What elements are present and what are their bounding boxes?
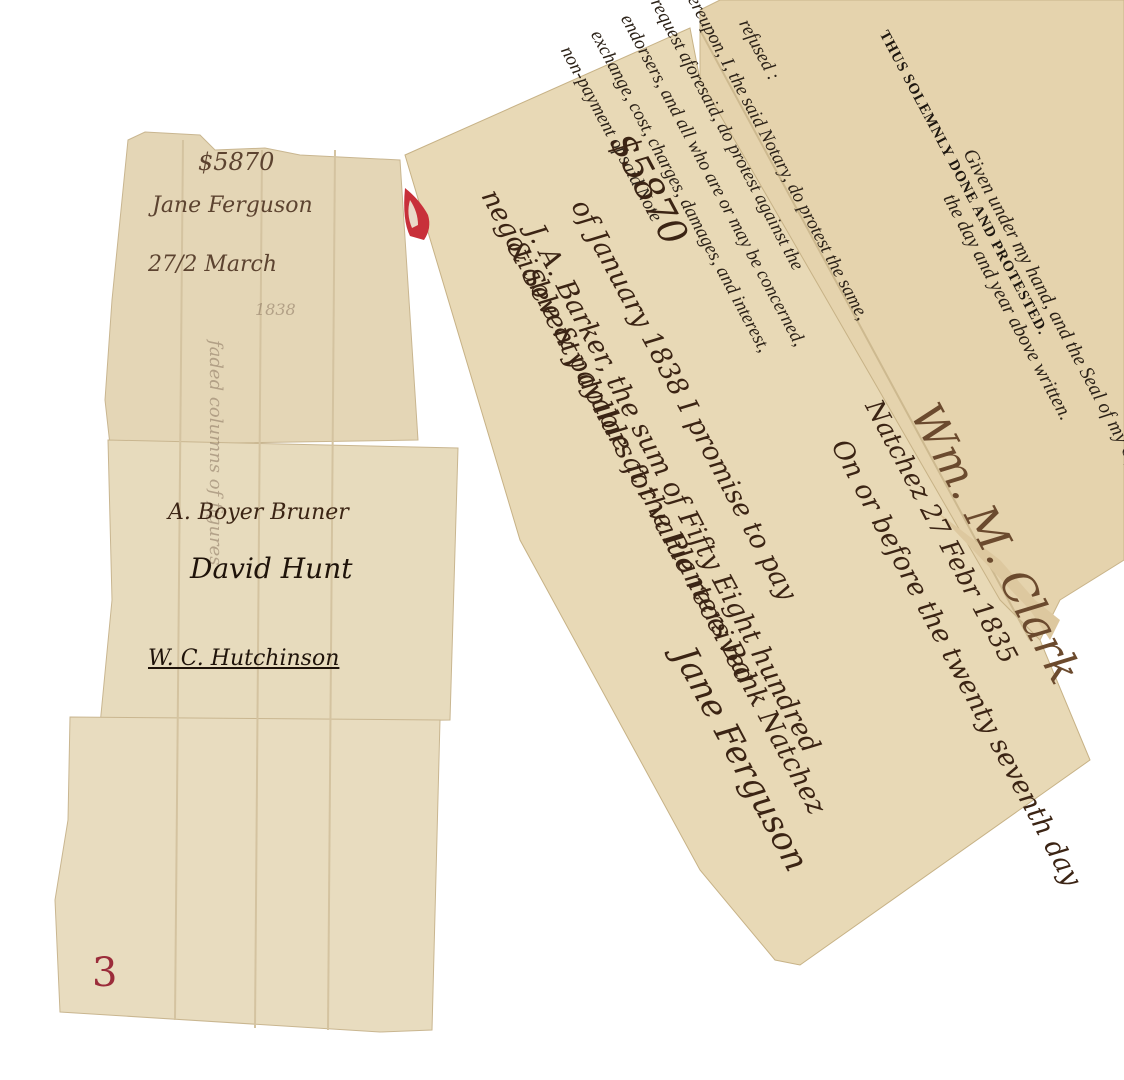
wax-seal [404, 188, 429, 240]
bill-year: 1838 [255, 300, 296, 319]
folded-bill: $5870 Jane Ferguson 27/2 March 1838 fade… [0, 0, 1124, 1080]
bill-payee: Jane Ferguson [152, 193, 313, 218]
signature-hutchinson: W. C. Hutchinson [148, 646, 339, 671]
bill-amount: $5870 [198, 148, 274, 176]
signature-bruner: A. Boyer Bruner [168, 500, 349, 525]
signature-hunt: David Hunt [190, 552, 352, 585]
bill-paper [0, 0, 1124, 1080]
red-numeral: 3 [92, 950, 117, 996]
bill-date: 27/2 March [148, 252, 277, 277]
